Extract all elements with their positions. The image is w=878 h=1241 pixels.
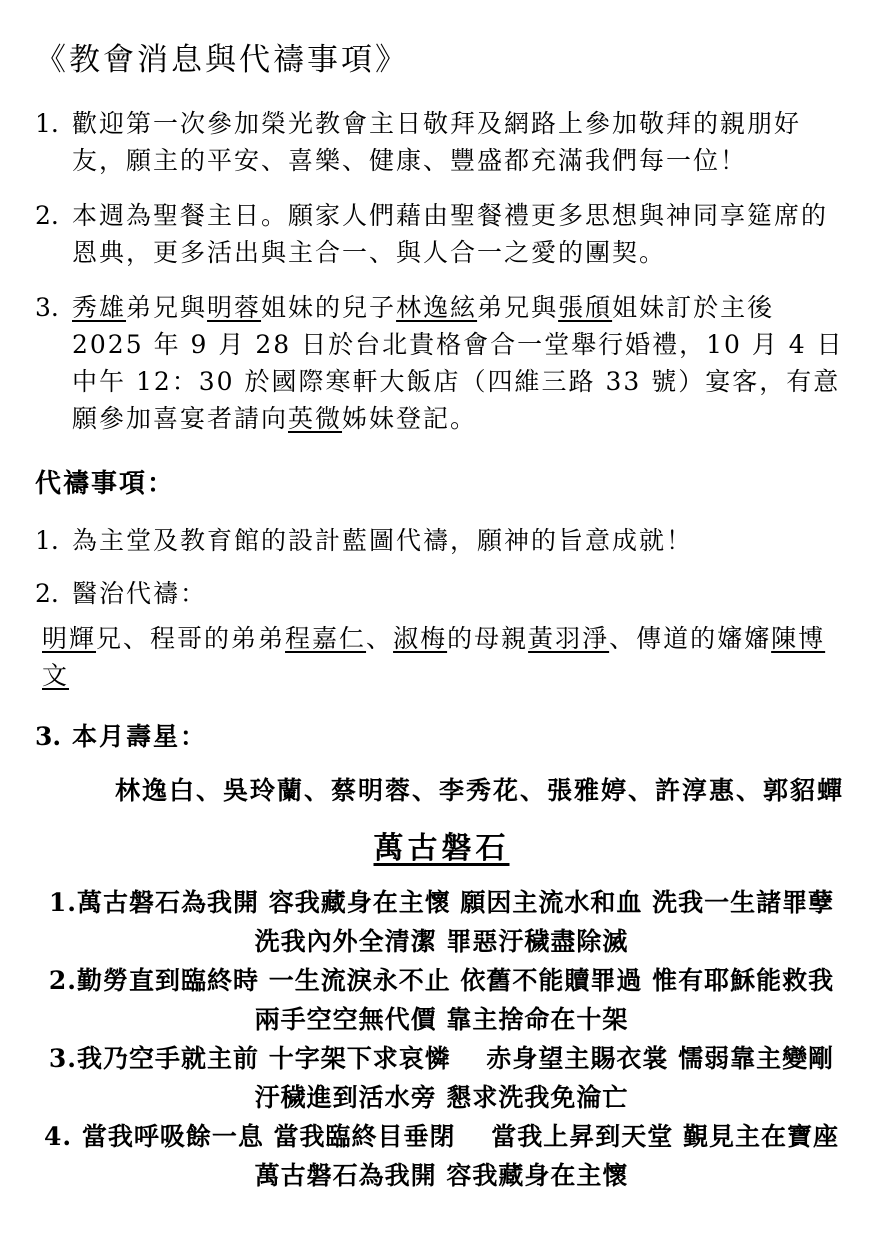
text-segment: 姊妹登記。 <box>342 404 477 433</box>
underlined-name: 明輝 <box>42 624 96 653</box>
hymn-title: 萬古磐石 <box>374 823 510 867</box>
underlined-name: 林逸絃 <box>396 293 477 322</box>
announcement-3-number: 3. <box>35 289 72 326</box>
text-segment: 弟兄與 <box>477 293 558 322</box>
text-segment: 本月壽星： <box>72 722 207 751</box>
hymn-verse1-line1: 1.萬古磐石為我開 容我藏身在主懷 願因主流水和血 洗我一生諸罪孽 <box>35 883 848 922</box>
page-title: 《教會消息與代禱事項》 <box>35 34 848 79</box>
underlined-name: 明蓉 <box>207 293 261 322</box>
prayer-1-number: 1. <box>35 522 72 559</box>
prayer-2-number: 2. <box>35 575 72 612</box>
announcement-3-text: 秀雄弟兄與明蓉姐妹的兒子林逸絃弟兄與張頎姐妹訂於主後 2025 年 9 月 28… <box>72 289 848 437</box>
prayer-item-2: 2. 醫治代禱： <box>35 575 848 612</box>
announcement-1-text: 歡迎第一次參加榮光教會主日敬拜及網路上參加敬拜的親朋好友，願主的平安、喜樂、健康… <box>72 105 848 179</box>
announcement-item-2: 2. 本週為聖餐主日。願家人們藉由聖餐禮更多思想與神同享筵席的恩典，更多活出與主… <box>35 197 848 271</box>
text-segment: 、 <box>366 624 393 653</box>
underlined-name: 黃羽淨 <box>528 624 609 653</box>
hymn-verse3-line1: 3.我乃空手就主前 十字架下求哀憐 赤身望主賜衣裳 懦弱靠主變剛 <box>35 1039 848 1078</box>
prayer-section-heading: 代禱事項： <box>35 463 848 500</box>
underlined-name: 淑梅 <box>393 624 447 653</box>
hymn-verse1-line2: 洗我內外全清潔 罪惡汙穢盡除滅 <box>35 922 848 961</box>
underlined-name: 程嘉仁 <box>285 624 366 653</box>
text-segment: 的母親 <box>447 624 528 653</box>
announcement-item-1: 1. 歡迎第一次參加榮光教會主日敬拜及網路上參加敬拜的親朋好友，願主的平安、喜樂… <box>35 105 848 179</box>
prayer-1-text: 為主堂及教育館的設計藍圖代禱，願神的旨意成就！ <box>72 522 848 559</box>
prayer-3-number: 3. <box>35 718 72 755</box>
hymn-verse2-line2: 兩手空空無代價 靠主捨命在十架 <box>35 1000 848 1039</box>
text-segment: 、傳道的嬸嬸 <box>609 624 771 653</box>
hymn-verse3-line2: 汙穢進到活水旁 懇求洗我免淪亡 <box>35 1078 848 1117</box>
prayer-2-label: 醫治代禱： <box>72 575 848 612</box>
announcement-2-text: 本週為聖餐主日。願家人們藉由聖餐禮更多思想與神同享筵席的恩典，更多活出與主合一、… <box>72 197 848 271</box>
prayer-3-label: 本月壽星： <box>72 718 848 755</box>
text-segment: 歡迎第一次參加榮光教會主日敬拜及網路上參加敬拜的親朋好友，願主的平安、喜樂、健康… <box>72 109 801 175</box>
text-segment: 兄、程哥的弟弟 <box>96 624 285 653</box>
prayer-item-1: 1. 為主堂及教育館的設計藍圖代禱，願神的旨意成就！ <box>35 522 848 559</box>
announcement-item-3: 3. 秀雄弟兄與明蓉姐妹的兒子林逸絃弟兄與張頎姐妹訂於主後 2025 年 9 月… <box>35 289 848 437</box>
underlined-name: 張頎 <box>558 293 612 322</box>
underlined-name: 英微 <box>288 404 342 433</box>
hymn-verse4-line2: 萬古磐石為我開 容我藏身在主懷 <box>35 1156 848 1195</box>
hymn-verse2-line1: 2.勤勞直到臨終時 一生流淚永不止 依舊不能贖罪過 惟有耶穌能救我 <box>35 961 848 1000</box>
hymn-section: 萬古磐石 1.萬古磐石為我開 容我藏身在主懷 願因主流水和血 洗我一生諸罪孽 洗… <box>35 815 848 1195</box>
text-segment: 姐妹的兒子 <box>261 293 396 322</box>
text-segment: 弟兄與 <box>126 293 207 322</box>
hymn-verse4-line1: 4. 當我呼吸餘一息 當我臨終目垂閉 當我上昇到天堂 覲見主在寶座 <box>35 1117 848 1156</box>
underlined-name: 秀雄 <box>72 293 126 322</box>
text-segment: 本週為聖餐主日。願家人們藉由聖餐禮更多思想與神同享筵席的恩典，更多活出與主合一、… <box>72 201 828 267</box>
text-segment: 為主堂及教育館的設計藍圖代禱，願神的旨意成就！ <box>72 526 693 555</box>
prayer-item-3: 3. 本月壽星： <box>35 718 848 755</box>
prayer-2-names: 明輝兄、程哥的弟弟程嘉仁、淑梅的母親黃羽淨、傳道的嬸嬸陳博文 <box>42 620 848 694</box>
announcement-2-number: 2. <box>35 197 72 234</box>
church-bulletin-page: 《教會消息與代禱事項》 1. 歡迎第一次參加榮光教會主日敬拜及網路上參加敬拜的親… <box>0 0 878 1241</box>
announcement-1-number: 1. <box>35 105 72 142</box>
birthday-names: 林逸白、吳玲蘭、蔡明蓉、李秀花、張雅婷、許淳惠、郭貂蟬 <box>115 771 848 807</box>
text-segment: 醫治代禱： <box>72 579 207 608</box>
